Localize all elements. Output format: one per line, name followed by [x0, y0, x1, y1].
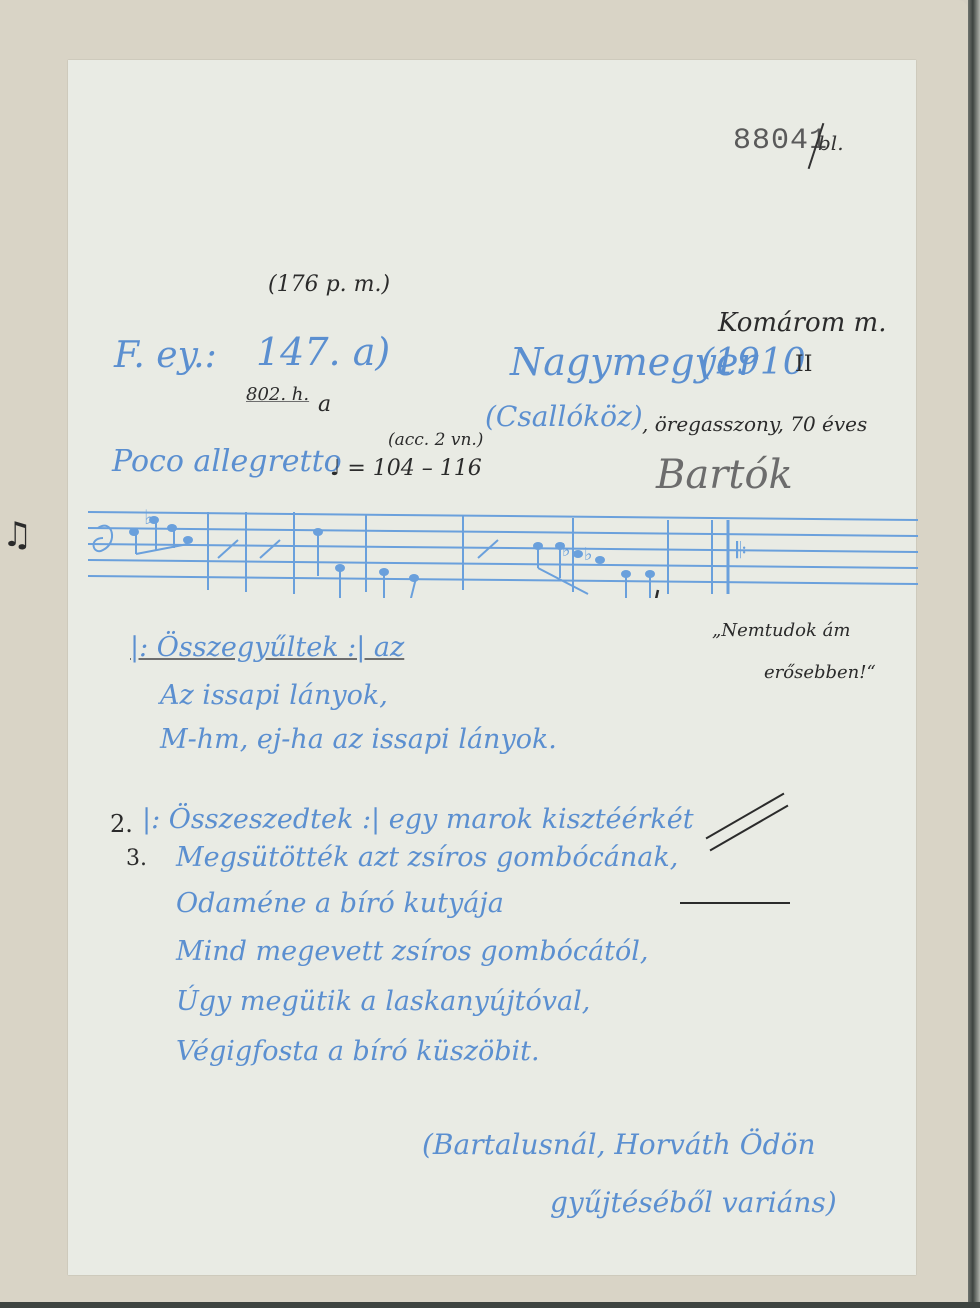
svg-text:♭: ♭: [562, 540, 571, 561]
board-edge: [968, 0, 980, 1308]
footer-note-line-2: gyűjtéséből variáns): [550, 1186, 837, 1219]
informant: , öregasszony, 70 éves: [642, 412, 867, 436]
collection-year: (1910: [700, 342, 806, 383]
collector-signature: Bartók: [656, 452, 793, 498]
stanza-1-line-1: |: Összegyűltek :| az: [130, 632, 404, 663]
metronome-marking: ♩ = 104 – 116: [330, 456, 482, 481]
catalog-subsuffix: a: [318, 392, 331, 417]
stanza-3-line-5: Végigfosta a bíró küszöbit.: [176, 1036, 540, 1067]
board-edge: [0, 1302, 980, 1308]
stanza-2-number: 2.: [110, 810, 133, 838]
county: Komárom m.: [718, 308, 886, 338]
stanza-1-line-2: Az issapi lányok,: [160, 680, 388, 711]
side-quote-line-2: erősebben!“: [764, 662, 876, 683]
catalog-label: F. ey.:: [114, 335, 217, 376]
reference-number: (176 p. m.): [268, 272, 390, 297]
stanza-3-line-1: Megsütötték azt zsíros gombócának,: [176, 842, 678, 873]
side-quote-line-1: „Nemtudok ám: [712, 620, 850, 641]
accompaniment-note: (acc. 2 vn.): [388, 430, 483, 450]
svg-text:♭: ♭: [144, 505, 153, 529]
stanza-2-line: |: Összeszedtek :| egy marok kisztéérkét: [142, 804, 694, 835]
archive-stamp-suffix: bl.: [818, 131, 844, 155]
catalog-subnumber: 802. h.: [246, 384, 309, 405]
stanza-3-number: 3.: [126, 846, 147, 871]
roman-numeral: II: [795, 352, 812, 377]
catalog-number: 147. a): [256, 330, 390, 374]
music-staff: ♭ ♭ ♭ 𝄆: [88, 498, 918, 598]
stanza-3-line-4: Úgy megütik a laskanyújtóval,: [176, 986, 590, 1017]
stanza-3-line-2: Odaméne a bíró kutyája: [176, 888, 504, 919]
district: (Csallóköz): [485, 400, 643, 433]
svg-text:♭: ♭: [584, 544, 593, 565]
stanza-3-line-3: Mind megevett zsíros gombócától,: [176, 936, 648, 967]
repeat-mark: [680, 902, 790, 904]
margin-music-icon: ♫: [2, 515, 32, 555]
footer-note-line-1: (Bartalusnál, Horváth Ödön: [422, 1128, 816, 1161]
tempo-marking: Poco allegretto: [112, 444, 342, 479]
stanza-1-line-3: M-hm, ej-ha az issapi lányok.: [160, 724, 557, 755]
svg-text:𝄆: 𝄆: [736, 539, 747, 564]
